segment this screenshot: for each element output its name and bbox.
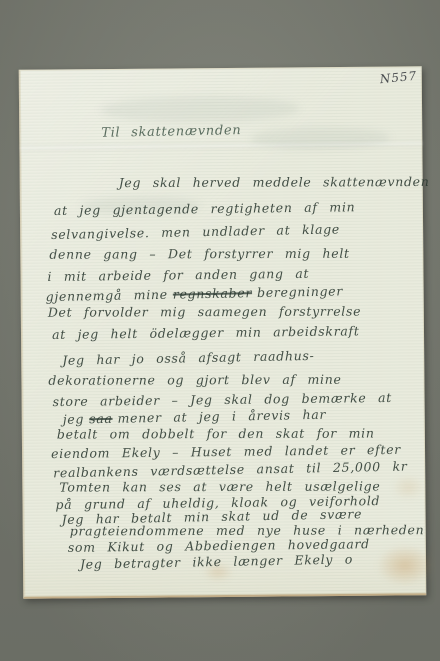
handwriting-line: gjennemgå mineregnskaberberegninger [46, 285, 344, 303]
line-segment: beregninger [257, 283, 343, 300]
line-segment: jeg [63, 411, 85, 426]
line-segment: mener at jeg i årevis har [117, 407, 326, 426]
struck-word: regnskaber [173, 285, 253, 302]
photo-background: N557 Til skattenævnden Jeg skal herved m… [0, 0, 440, 661]
letter-heading: Til skattenævnden [101, 124, 241, 140]
handwriting-line: Jeg betragter ikke længer Ekely o [80, 553, 353, 571]
handwriting-line: at jeg helt ödelægger min arbeidskraft [52, 325, 360, 341]
struck-word: saa [89, 411, 113, 426]
catalog-number: N557 [379, 69, 418, 87]
handwriting-line: i mit arbeide for anden gang at [47, 268, 309, 284]
handwriting-line: realbankens værdsættelse ansat til 25,00… [53, 461, 408, 480]
handwriting-line: denne gang – Det forstyrrer mig helt [49, 248, 349, 262]
line-segment: gjennemgå mine [46, 287, 168, 304]
letter-paper: N557 Til skattenævnden Jeg skal herved m… [19, 66, 427, 598]
handwriting-line: jegsaamener at jeg i årevis har [63, 409, 327, 427]
handwriting-line: Tomten kan ses at være helt usælgelige [59, 480, 380, 494]
handwriting-line: store arbeider – Jeg skal dog bemærke at [53, 392, 393, 409]
handwriting-line: dekorationerne og gjort blev af mine [48, 374, 341, 388]
handwriting-line: betalt om dobbelt for den skat for min [57, 428, 375, 442]
verso-showthrough [100, 95, 300, 123]
paper-stain [391, 474, 425, 500]
handwriting-line: at jeg gjentagende regtigheten af min [54, 201, 356, 217]
handwriting-line: Det forvolder mig saamegen forstyrrelse [48, 306, 361, 320]
paper-stain [376, 544, 434, 587]
handwriting-line: eiendom Ekely – Huset med landet er efte… [51, 444, 401, 461]
handwriting-line: pragteiendommene med nye huse i nærheden [70, 524, 425, 538]
handwriting-line: selvangivelse. men undlader at klage [51, 223, 340, 241]
handwriting-line: Jeg har jo osså afsagt raadhus- [62, 350, 314, 367]
handwriting-line: Jeg skal herved meddele skattenævnden [119, 176, 430, 190]
